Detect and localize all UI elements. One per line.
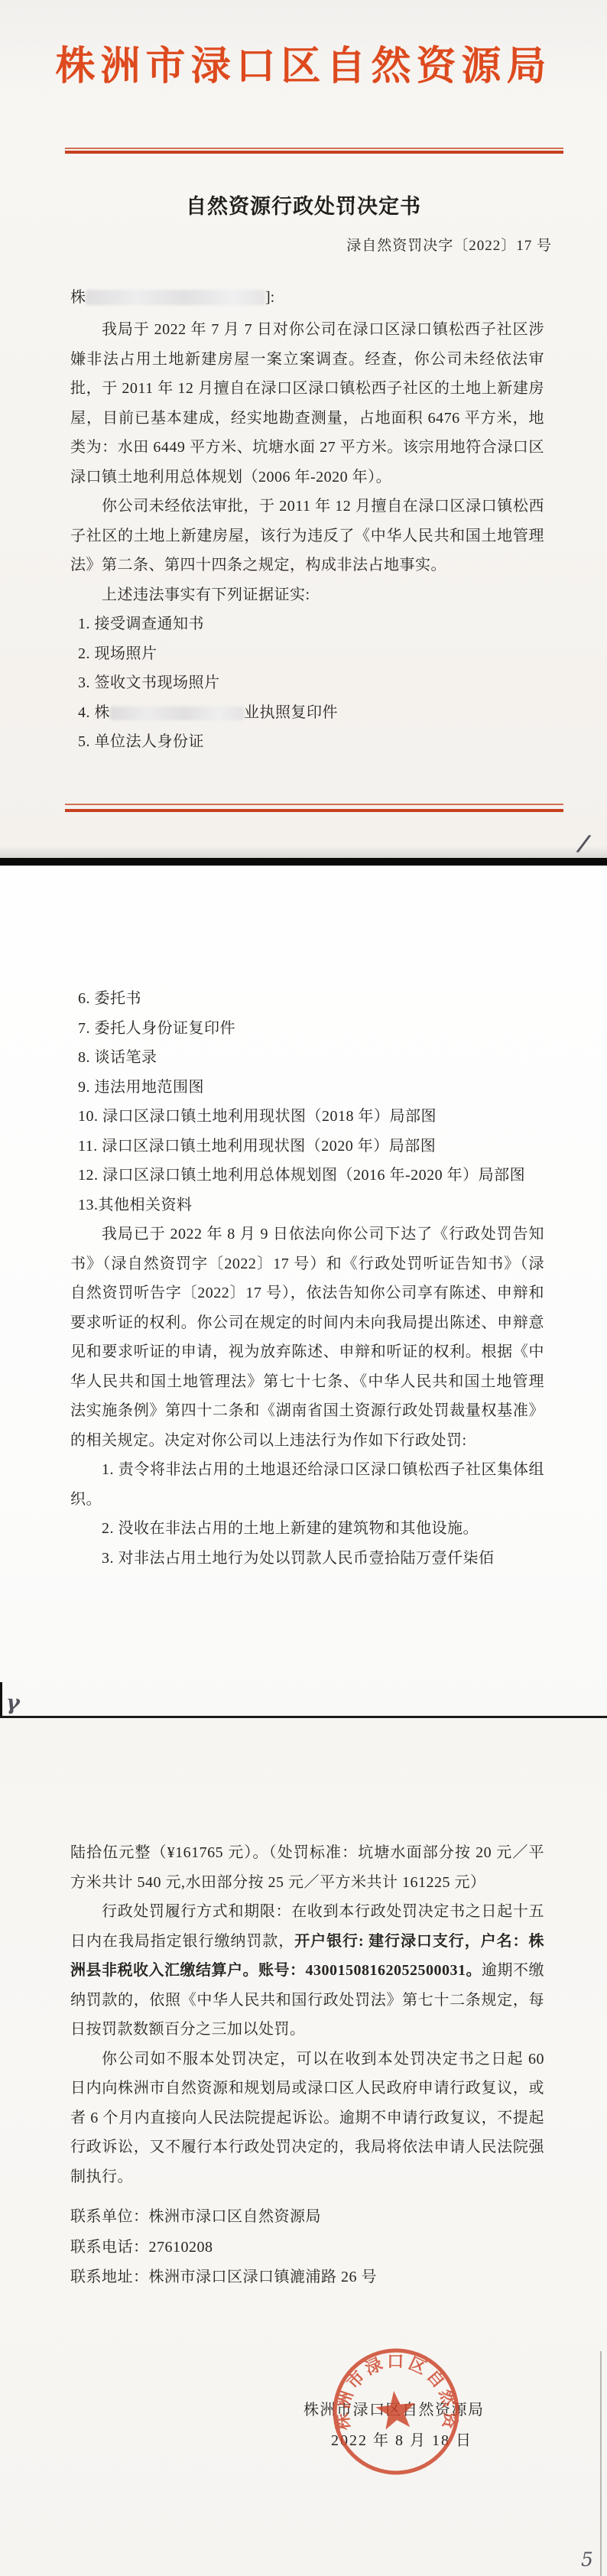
evidence-item-10: 10. 渌口区渌口镇土地利用现状图（2018 年）局部图 bbox=[70, 1102, 544, 1132]
paragraph-violation: 你公司未经依法审批，于 2011 年 12 月擅自在渌口区渌口镇松西子社区的土地… bbox=[70, 492, 544, 580]
page1-body: 我局于 2022 年 7 月 7 日对你公司在渌口区渌口镇松西子社区涉嫌非法占用… bbox=[70, 315, 544, 757]
contact-unit: 联系单位：株洲市渌口区自然资源局 bbox=[70, 2202, 544, 2233]
letterhead-rule-bottom-thin bbox=[65, 804, 563, 805]
letterhead-rule-top-thick bbox=[65, 151, 563, 154]
evidence-item-11: 11. 渌口区渌口镇土地利用现状图（2020 年）局部图 bbox=[70, 1132, 544, 1161]
evidence-item-6: 6. 委托书 bbox=[70, 984, 544, 1014]
paragraph-payment: 行政处罚履行方式和期限：在收到本行政处罚决定书之日起十五日内在我局指定银行缴纳罚… bbox=[70, 1897, 544, 2045]
official-red-seal: 株洲市渌口区自然资源局 bbox=[325, 2340, 468, 2483]
scan-edge-artifact bbox=[0, 1682, 2, 1716]
agency-letterhead: 株洲市渌口区自然资源局 bbox=[0, 34, 607, 91]
document-number: 渌自然资罚决字〔2022〕17 号 bbox=[346, 234, 552, 255]
scanned-document: 株洲市渌口区自然资源局 自然资源行政处罚决定书 渌自然资罚决字〔2022〕17 … bbox=[0, 0, 607, 2576]
evidence-item-5: 5. 单位法人身份证 bbox=[70, 727, 544, 757]
evidence-item-3: 3. 签收文书现场照片 bbox=[70, 668, 544, 698]
paragraph-investigation: 我局于 2022 年 7 月 7 日对你公司在渌口区渌口镇松西子社区涉嫌非法占用… bbox=[70, 315, 544, 492]
penalty-item-1: 1. 责令将非法占用的土地退还给渌口区渌口镇松西子社区集体组织。 bbox=[70, 1455, 544, 1514]
scan-edge-artifact bbox=[600, 2351, 602, 2576]
penalty-item-3-continued: 陆拾伍元整（¥161765 元）。（处罚标准：坑塘水面部分按 20 元／平方米共… bbox=[70, 1838, 544, 1897]
evidence-intro: 上述违法事实有下列证据证实: bbox=[70, 580, 544, 610]
contact-block: 联系单位：株洲市渌口区自然资源局 联系电话：27610208 联系地址：株洲市渌… bbox=[70, 2202, 544, 2293]
letterhead-rule-top-thin bbox=[65, 148, 563, 149]
redaction-smudge bbox=[86, 290, 265, 305]
handwritten-five-mark: 5 bbox=[581, 2548, 593, 2571]
document-title: 自然资源行政处罚决定书 bbox=[0, 190, 607, 219]
evidence-item-12: 12. 渌口区渌口镇土地利用总体规划图（2016 年-2020 年）局部图 bbox=[24, 1161, 544, 1191]
penalty-item-3: 3. 对非法占用土地行为处以罚款人民币壹拾陆万壹仟柒佰 bbox=[70, 1544, 544, 1574]
page-1: 株洲市渌口区自然资源局 自然资源行政处罚决定书 渌自然资罚决字〔2022〕17 … bbox=[0, 0, 607, 858]
evidence-item-13: 13.其他相关资料 bbox=[70, 1191, 544, 1220]
evidence-item-4: 4. 株业执照复印件 bbox=[70, 698, 544, 728]
evidence-item-1: 1. 接受调查通知书 bbox=[70, 609, 544, 639]
evidence-item-8: 8. 谈话笔录 bbox=[70, 1043, 544, 1073]
letterhead-rule-bottom-thick bbox=[65, 809, 563, 812]
evidence-item-2: 2. 现场照片 bbox=[70, 639, 544, 669]
recipient-line: 株]: bbox=[70, 284, 274, 307]
evidence-item-7: 7. 委托人身份证复印件 bbox=[70, 1014, 544, 1044]
page3-body: 陆拾伍元整（¥161765 元）。（处罚标准：坑塘水面部分按 20 元／平方米共… bbox=[70, 1838, 544, 2293]
contact-address: 联系地址：株洲市渌口区渌口镇漉浦路 26 号 bbox=[70, 2263, 544, 2293]
redaction-smudge bbox=[110, 707, 244, 720]
contact-phone: 联系电话：27610208 bbox=[70, 2233, 544, 2263]
scan-shadow bbox=[0, 846, 607, 858]
paragraph-appeal: 你公司如不服本处罚决定，可以在收到本处罚决定书之日起 60 日内向株洲市自然资源… bbox=[70, 2045, 544, 2192]
page2-body: 6. 委托书 7. 委托人身份证复印件 8. 谈话笔录 9. 违法用地范围图 1… bbox=[70, 984, 544, 1573]
penalty-item-2: 2. 没收在非法占用的土地上新建的建筑物和其他设施。 bbox=[70, 1514, 544, 1544]
seal-star bbox=[374, 2389, 417, 2430]
page-3: 陆拾伍元整（¥161765 元）。（处罚标准：坑塘水面部分按 20 元／平方米共… bbox=[0, 1718, 607, 2576]
paragraph-notice: 我局已于 2022 年 8 月 9 日依法向你公司下达了《行政处罚告知书》（渌自… bbox=[70, 1220, 544, 1455]
recipient-prefix: 株 bbox=[70, 289, 86, 306]
evidence-item-9: 9. 违法用地范围图 bbox=[70, 1073, 544, 1103]
recipient-suffix: ]: bbox=[265, 289, 274, 306]
handwritten-curl-mark: γ bbox=[6, 1691, 20, 1715]
page-break-band bbox=[0, 858, 607, 866]
page-2: 6. 委托书 7. 委托人身份证复印件 8. 谈话笔录 9. 违法用地范围图 1… bbox=[0, 866, 607, 1716]
